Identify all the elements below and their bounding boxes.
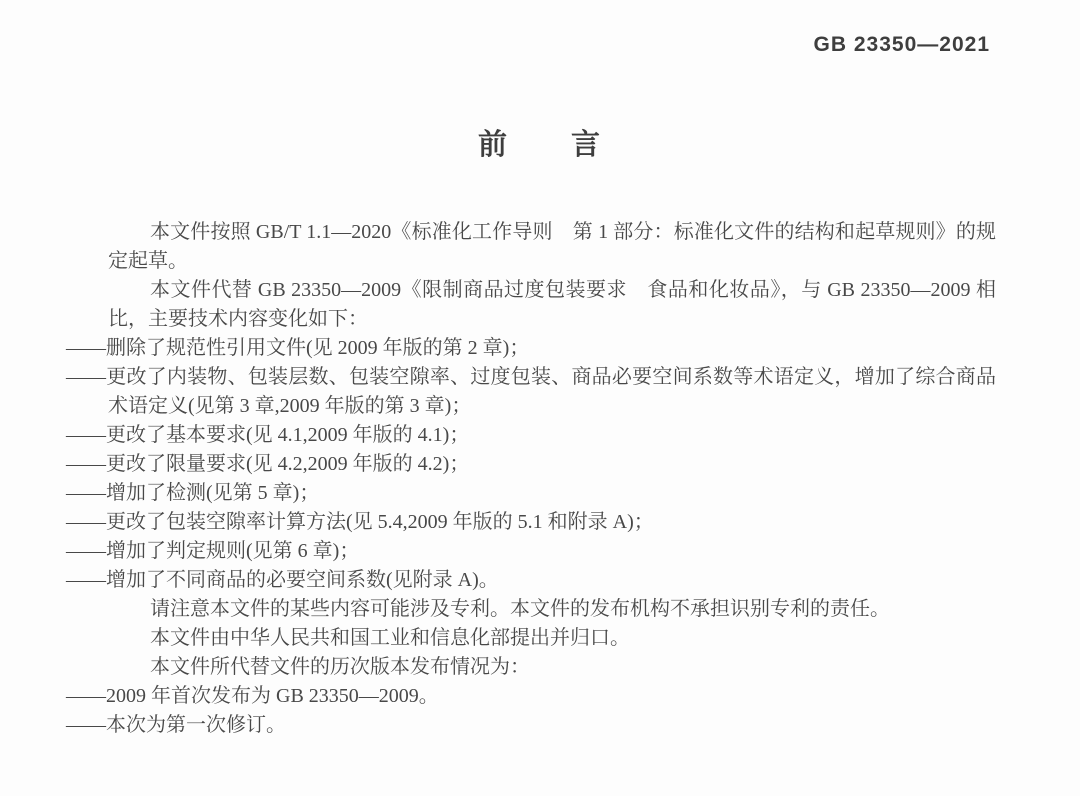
para-patent: 请注意本文件的某些内容可能涉及专利。本文件的发布机构不承担识别专利的责任。 (108, 595, 996, 624)
change-item: ——更改了基本要求(见 4.1,2009 年版的 4.1)； (108, 421, 996, 450)
document-page: GB 23350—2021 前 言 本文件按照 GB/T 1.1—2020《标准… (0, 0, 1080, 796)
foreword-title: 前 言 (0, 128, 1080, 162)
change-item: ——增加了不同商品的必要空间系数(见附录 A)。 (108, 566, 996, 595)
change-item: ——更改了内装物、包装层数、包装空隙率、过度包装、商品必要空间系数等术语定义，增… (108, 363, 996, 421)
history-item: ——本次为第一次修订。 (108, 711, 996, 740)
change-item: ——更改了包装空隙率计算方法(见 5.4,2009 年版的 5.1 和附录 A)… (108, 508, 996, 537)
change-item: ——增加了判定规则(见第 6 章)； (108, 537, 996, 566)
foreword-content: 本文件按照 GB/T 1.1—2020《标准化工作导则 第 1 部分：标准化文件… (0, 218, 1080, 740)
change-item: ——更改了限量要求(见 4.2,2009 年版的 4.2)； (108, 450, 996, 479)
change-item: ——删除了规范性引用文件(见 2009 年版的第 2 章)； (108, 334, 996, 363)
changes-list: ——删除了规范性引用文件(见 2009 年版的第 2 章)； ——更改了内装物、… (108, 334, 996, 595)
para-drafting: 本文件按照 GB/T 1.1—2020《标准化工作导则 第 1 部分：标准化文件… (108, 218, 996, 276)
para-history-intro: 本文件所代替文件的历次版本发布情况为： (108, 653, 996, 682)
change-item: ——增加了检测(见第 5 章)； (108, 479, 996, 508)
para-replacement: 本文件代替 GB 23350—2009《限制商品过度包装要求 食品和化妆品》，与… (108, 276, 996, 334)
history-item: ——2009 年首次发布为 GB 23350—2009。 (108, 682, 996, 711)
doc-number: GB 23350—2021 (0, 0, 1080, 58)
history-list: ——2009 年首次发布为 GB 23350—2009。 ——本次为第一次修订。 (108, 682, 996, 740)
para-issuer: 本文件由中华人民共和国工业和信息化部提出并归口。 (108, 624, 996, 653)
